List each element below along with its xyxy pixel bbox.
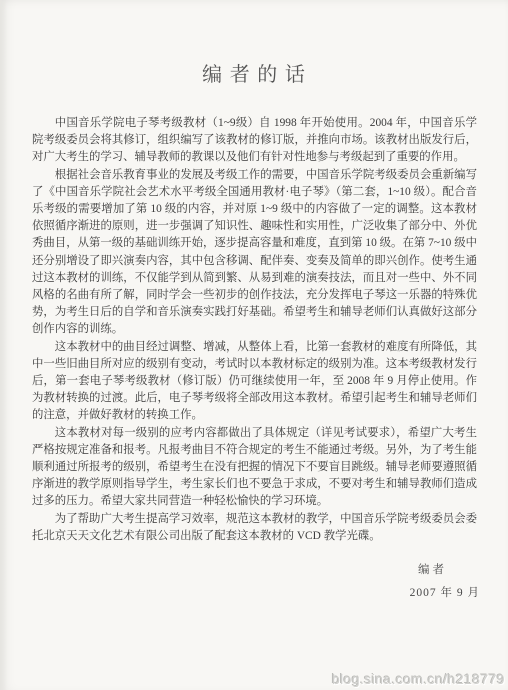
signature-block: 编者 2007 年 9 月	[0, 561, 508, 600]
paragraph-5: 为了帮助广大考生提高学习效率，规范这本教材的教学，中国音乐学院考级委员会委托北京…	[32, 511, 477, 545]
paragraph-2: 根据社会音乐教育事业的发展及考级工作的需要，中国音乐学院考级委员会重新编写了《中…	[32, 167, 477, 339]
preface-body: 中国音乐学院电子琴考级教材（1~9级）自 1998 年开始使用。2004 年，中…	[0, 115, 508, 545]
paragraph-1: 中国音乐学院电子琴考级教材（1~9级）自 1998 年开始使用。2004 年，中…	[32, 115, 477, 167]
paragraph-3: 这本教材中的曲目经过调整、增减，从整体上看，比第一套教材的难度有所降低，其中一些…	[32, 339, 477, 425]
signature-date: 2007 年 9 月	[0, 584, 508, 600]
paragraph-4: 这本教材对每一级别的应考内容都做出了具体规定（详见考试要求），希望广大考生严格按…	[32, 425, 477, 511]
signature-author: 编者	[0, 561, 508, 577]
watermark-text: blog.sina.com.cn/h218779	[332, 671, 505, 687]
page-title: 编 者 的 话	[0, 0, 508, 87]
scanned-preface-page: 编 者 的 话 中国音乐学院电子琴考级教材（1~9级）自 1998 年开始使用。…	[0, 0, 508, 690]
